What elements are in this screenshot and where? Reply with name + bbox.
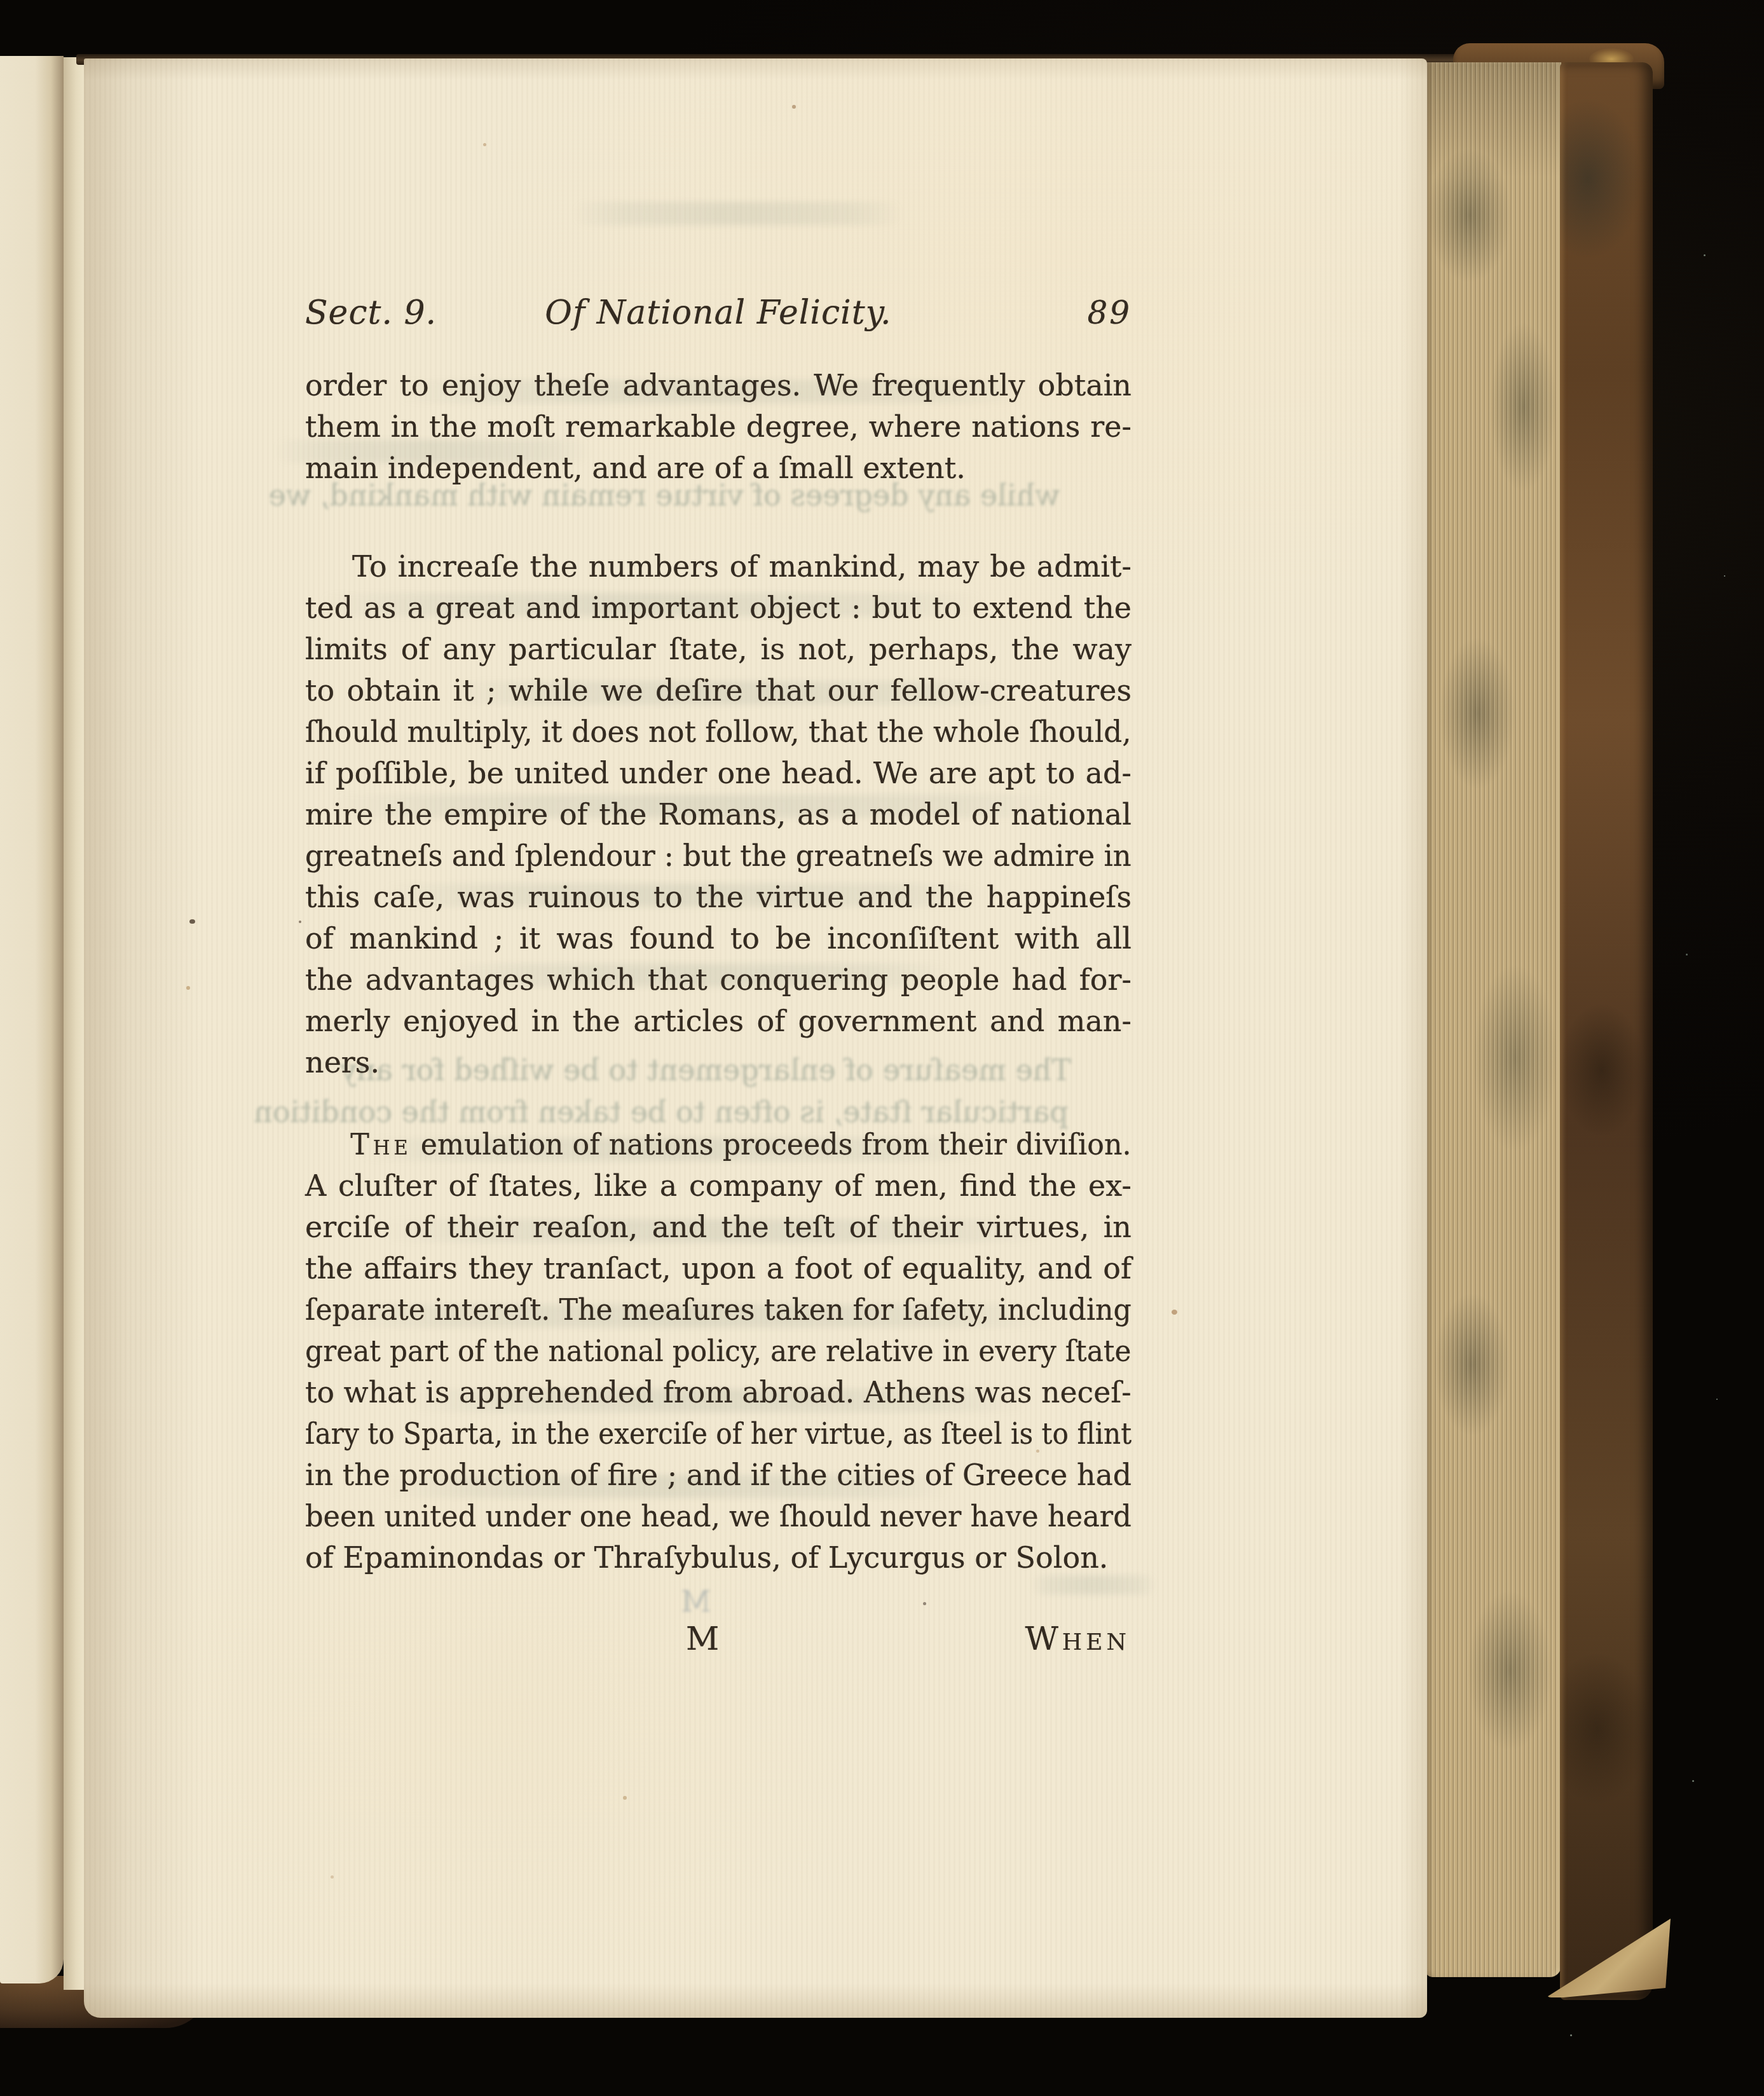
book-fore-edge: [1426, 62, 1561, 1977]
paragraph: order to enjoy theſe advantages. We freq…: [305, 365, 1132, 489]
running-title: Of National Felicity.: [515, 287, 922, 338]
text-line: ted as a great and important object : bu…: [305, 587, 1132, 629]
paragraph: The emulation of nations proceeds from t…: [305, 1124, 1132, 1579]
text-line: them in the moſt remarkable degree, wher…: [305, 406, 1132, 448]
text-line: to what is apprehended from abroad. Athe…: [305, 1372, 1127, 1413]
text-line: The emulation of nations proceeds from t…: [305, 1124, 1102, 1165]
signature-mark: M: [686, 1620, 719, 1658]
dust-speck: [1686, 954, 1688, 956]
text-line: if poſſible, be united under one head. W…: [305, 753, 1132, 794]
gutter-ridge: [64, 57, 86, 1990]
text-line: To increaſe the numbers of mankind, may …: [305, 546, 1132, 587]
text-line: been united under one head, we ſhould ne…: [305, 1496, 1108, 1537]
text-line: main independent, and are of a ſmall ext…: [305, 448, 1132, 489]
printed-text-block: Sect. 9. Of National Felicity. 89 order …: [305, 287, 1132, 1666]
dust-speck: [1570, 2034, 1572, 2036]
catchword: When: [1025, 1620, 1130, 1658]
text-line: this caſe, was ruinous to the virtue and…: [305, 877, 1132, 918]
text-line: ners.: [305, 1042, 1132, 1083]
paragraph: To increaſe the numbers of mankind, may …: [305, 546, 1132, 1083]
page-number: 89: [922, 287, 1132, 338]
dust-speck: [1692, 1780, 1694, 1782]
text-line: of mankind ; it was found to be inconſiſ…: [305, 918, 1132, 959]
dust-speck: [1724, 575, 1725, 577]
signature-line: M When: [305, 1620, 1132, 1666]
text-line: order to enjoy theſe advantages. We freq…: [305, 365, 1132, 406]
text-line: merly enjoyed in the articles of governm…: [305, 1001, 1132, 1042]
text-line: A cluſter of ſtates, like a company of m…: [305, 1165, 1132, 1207]
dust-speck: [1716, 1399, 1718, 1400]
text-line: the advantages which that conquering peo…: [305, 959, 1132, 1001]
text-line: limits of any particular ſtate, is not, …: [305, 629, 1132, 670]
text-line: in the production of fire ; and if the c…: [305, 1455, 1128, 1496]
dust-speck: [1704, 254, 1706, 256]
book-photograph: The meaſure of enlargement to be wiſhed …: [0, 0, 1764, 2096]
body-text: order to enjoy theſe advantages. We freq…: [305, 365, 1132, 1579]
text-line: to obtain it ; while we deſire that our …: [305, 670, 1132, 711]
facing-page-sliver: [0, 56, 64, 1983]
text-line: ſeparate intereſt. The meaſures taken fo…: [305, 1289, 1101, 1331]
text-line: ſary to Sparta, in the exerciſe of her v…: [305, 1413, 1064, 1455]
text-line: of Epaminondas or Thraſybulus, of Lycurg…: [305, 1537, 1132, 1579]
text-line: greatneſs and ſplendour : but the greatn…: [305, 835, 1111, 877]
section-label: Sect. 9.: [305, 287, 515, 338]
leather-cover-edge: [1560, 62, 1653, 2000]
small-caps-opening-word: The: [350, 1127, 411, 1161]
text-line: mire the empire of the Romans, as a mode…: [305, 794, 1132, 835]
text-line: ſhould multiply, it does not follow, tha…: [305, 711, 1120, 753]
text-line: great part of the national policy, are r…: [305, 1331, 1095, 1372]
text-line: erciſe of their reaſon, and the teſt of …: [305, 1207, 1132, 1248]
running-header: Sect. 9. Of National Felicity. 89: [305, 287, 1132, 338]
text-line: the affairs they tranſact, upon a foot o…: [305, 1248, 1132, 1289]
